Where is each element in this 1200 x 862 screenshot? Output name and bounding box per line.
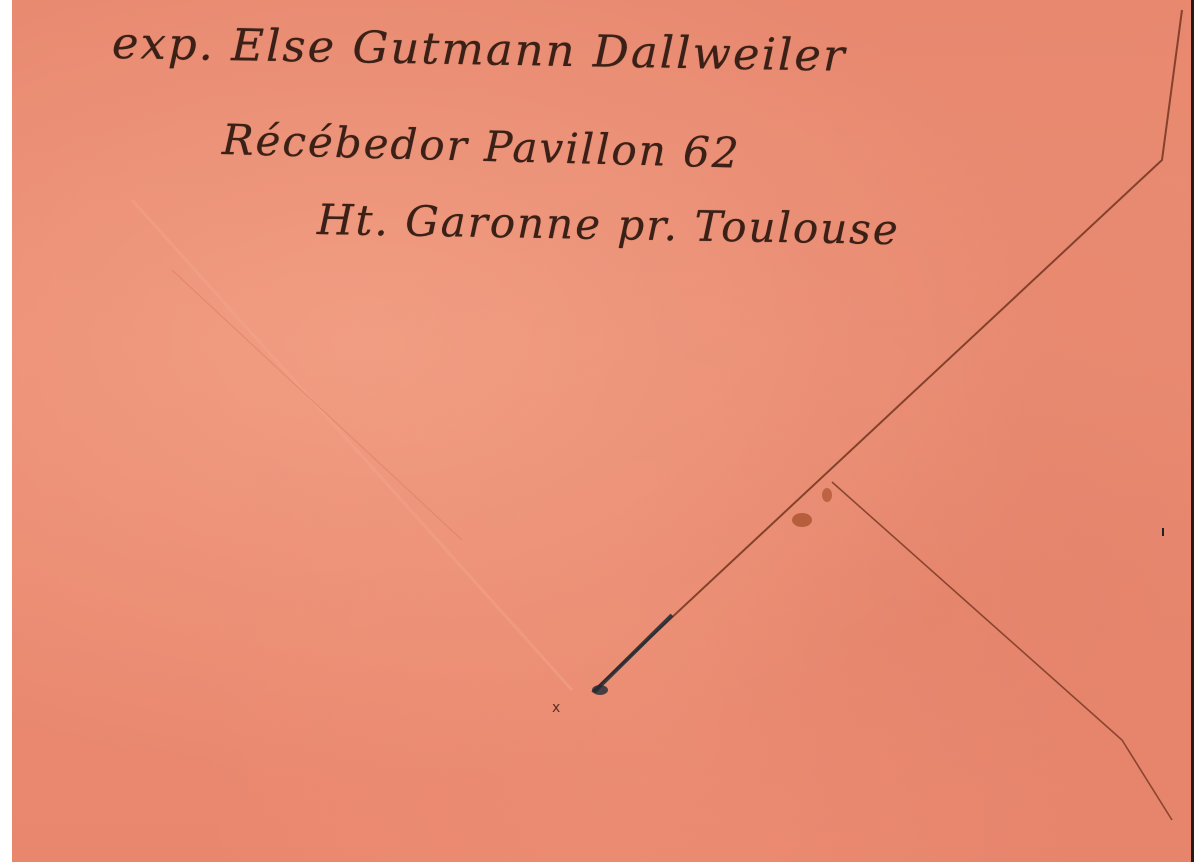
scanned-envelope: x exp. Else Gutmann Dallweiler Récébedor… bbox=[0, 0, 1200, 862]
svg-text:x: x bbox=[552, 700, 560, 716]
return-address-line-3: Ht. Garonne pr. Toulouse bbox=[317, 195, 901, 254]
envelope-back: x exp. Else Gutmann Dallweiler Récébedor… bbox=[12, 0, 1194, 862]
